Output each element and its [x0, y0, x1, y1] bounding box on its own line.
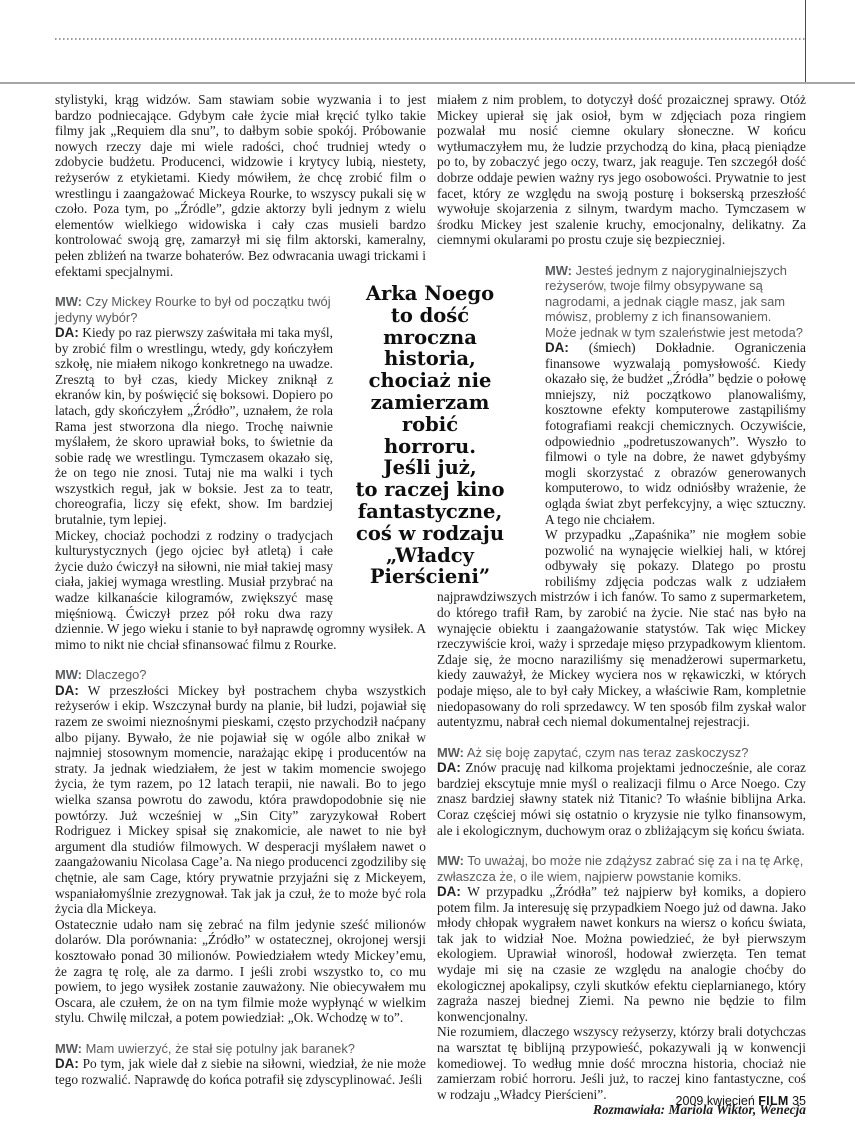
interview-question: MW: Aż się boję zapytać, czym nas teraz … — [437, 745, 806, 760]
interview-question: MW: Mam uwierzyć, że stał się potulny ja… — [55, 1041, 426, 1056]
question-text: Czy Mickey Rourke to był od początku twó… — [55, 294, 331, 324]
vertical-rule — [805, 0, 806, 83]
magazine-title: FILM — [758, 1094, 788, 1108]
pull-quote-spacer — [437, 248, 545, 574]
question-speaker-label: MW: — [55, 294, 82, 309]
answer-text: Kiedy po raz pierwszy zaświtała mi taka … — [55, 325, 333, 527]
answer-text: W przeszłości Mickey był postrachem chyb… — [55, 683, 426, 916]
answer-speaker-label: DA: — [55, 1056, 79, 1071]
article-paragraph: stylistyki, krąg widzów. Sam stawiam sob… — [55, 92, 426, 279]
right-column: miałem z nim problem, to dotyczył dość p… — [437, 92, 806, 1118]
page-folio: 2009 kwiecień FILM 35 — [676, 1094, 806, 1108]
header-rule — [0, 82, 855, 84]
interview-answer: DA: Po tym, jak wiele dał z siebie na si… — [55, 1056, 426, 1087]
article-paragraph: miałem z nim problem, to dotyczył dość p… — [437, 92, 806, 248]
interview-question: MW: To uważaj, bo może nie zdążysz zabra… — [437, 853, 806, 884]
answer-speaker-label: DA: — [55, 325, 79, 340]
question-speaker-label: MW: — [55, 1041, 82, 1056]
question-text: Dlaczego? — [86, 667, 147, 682]
answer-text: W przypadku „Źródła” też najpierw był ko… — [437, 884, 806, 1024]
issue-date: 2009 kwiecień — [676, 1094, 755, 1108]
answer-text: Znów pracuję nad kilkoma projektami jedn… — [437, 760, 806, 837]
question-text: Aż się boję zapytać, czym nas teraz zask… — [467, 745, 749, 760]
interview-question: MW: Dlaczego? — [55, 667, 426, 682]
question-text: Mam uwierzyć, że stał się potulny jak ba… — [86, 1041, 355, 1056]
interview-answer: DA: W przeszłości Mickey był postrachem … — [55, 683, 426, 917]
answer-speaker-label: DA: — [437, 760, 461, 775]
article-paragraph: Nie rozumiem, dlaczego wszyscy reżyserzy… — [437, 1024, 806, 1102]
magazine-page: Arka Noego to dość mroczna historia, cho… — [0, 0, 855, 1140]
left-column: stylistyki, krąg widzów. Sam stawiam sob… — [55, 92, 426, 1087]
question-speaker-label: MW: — [437, 745, 464, 760]
question-speaker-label: MW: — [437, 853, 464, 868]
page-number: 35 — [792, 1094, 806, 1108]
question-text: To uważaj, bo może nie zdążysz zabrać si… — [437, 853, 803, 883]
answer-text: (śmiech) Dokładnie. Ograniczenia finanso… — [545, 340, 806, 527]
answer-speaker-label: DA: — [437, 884, 461, 899]
answer-text: Po tym, jak wiele dał z siebie na siłown… — [55, 1056, 426, 1087]
pull-quote-spacer — [333, 279, 426, 609]
article-paragraph: Ostatecznie udało nam się zebrać na film… — [55, 917, 426, 1026]
answer-speaker-label: DA: — [55, 683, 79, 698]
question-speaker-label: MW: — [55, 667, 82, 682]
interview-answer: DA: W przypadku „Źródła” też najpierw by… — [437, 884, 806, 1024]
interview-answer: DA: Znów pracuję nad kilkoma projektami … — [437, 760, 806, 838]
question-speaker-label: MW: — [545, 263, 572, 278]
question-text: Jesteś jednym z najoryginalniejszych reż… — [545, 263, 803, 340]
answer-speaker-label: DA: — [545, 340, 569, 355]
dotted-rule — [55, 38, 806, 40]
